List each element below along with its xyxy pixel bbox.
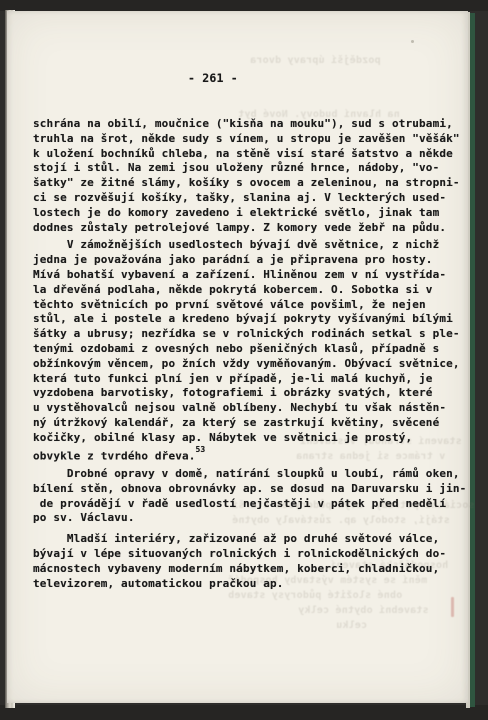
pink-ink-mark [451,597,454,617]
text-line: vyzdobena barvotisky, fotografiemi i obr… [33,386,462,401]
text-line: lostech je do komory zavedeno i elektric… [33,206,462,221]
text-line: V zámožnějších usedlostech bývají dvě sv… [33,238,462,253]
text-line: ci se rozvěšují košíky, tašky, slanina a… [33,191,462,206]
text-line: u vystěhovalců nejsou valně oblíbeny. Ne… [33,401,462,416]
photo-frame-bottom [0,705,488,720]
bleedthrough-line: obné složité půdorysy staveb [228,590,402,601]
text-line: stůl, ale i postele a kredeno bývají pok… [33,312,462,327]
photo-frame-top [0,0,488,11]
paper-speck [411,40,414,43]
text-line: obvykle z tvrdého dřeva.53 [33,446,462,464]
text-line: Mívá bohatší vybavení a zařízení. Hliněn… [33,268,462,283]
bleedthrough-line: celku [336,620,367,631]
text-line: po sv. Václavu. [33,511,462,526]
text-line: obžínkovým věncem, po žních vždy vyměňov… [33,357,462,372]
text-line: k uložení bochníků chleba, na stěně visí… [33,147,462,162]
text-line: mácnostech vybaveny moderním nábytkem, k… [33,562,462,577]
text-line: truhla na šrot, někde sudy s vínem, u st… [33,132,462,147]
text-line: de provádějí v řadě usedlostí nejčastěji… [33,497,462,512]
text-line: televizorem, automatickou pračkou ap. [33,577,462,592]
text-line: Mladší interiéry, zařizované až po druhé… [33,532,462,547]
text-line: těchto světnicích po první světové válce… [33,298,462,313]
paragraph: Mladší interiéry, zařizované až po druhé… [33,532,462,591]
paragraph: V zámožnějších usedlostech bývají dvě sv… [33,238,462,464]
text-line: tenými ozdobami z ovesných nebo pšeničný… [33,342,462,357]
text-block: schrána na obilí, moučnice ("kisňa na mo… [33,117,462,591]
text-line: Drobné opravy v domě, natírání sloupků u… [33,467,462,482]
bleedthrough-line: pozdější úpravy dvora [250,55,381,66]
text-line: jedna je považována jako parádní a je př… [33,253,462,268]
text-line: ný útržkový kalendář, za který se zastrk… [33,416,462,431]
text-line: kočičky, obilné klasy ap. Nábytek ve svě… [33,431,462,446]
book-cover-edge [470,13,475,707]
book-photo: pozdější úpravy dvorana hlavní budovy. N… [0,0,488,720]
text-line: la dřevěná podlaha, někde pokrytá koberc… [33,283,462,298]
page-number: - 261 - [188,71,238,85]
text-line: šátky a ubrusy; nezřídka se v rolnických… [33,327,462,342]
text-line: šatky" ze žitné slámy, košíky s ovocem a… [33,176,462,191]
footnote-reference: 53 [196,445,206,454]
paragraph: schrána na obilí, moučnice ("kisňa na mo… [33,117,462,235]
bleedthrough-line: stavební obytné celky [298,605,429,616]
text-line: bílení stěn, obnova obrovnávky ap. se do… [33,482,462,497]
text-line: která tuto funkci plní jen v případě, je… [33,372,462,387]
text-line: schrána na obilí, moučnice ("kisňa na mo… [33,117,462,132]
text-line: bývají v lépe situovaných rolnických i r… [33,547,462,562]
text-line: stojí i stůl. Na zemi jsou uloženy různé… [33,161,462,176]
book-page: pozdější úpravy dvorana hlavní budovy. N… [7,11,468,703]
text-line: dodnes zůstaly petrolejové lampy. Z komo… [33,221,462,236]
paragraph: Drobné opravy v domě, natírání sloupků u… [33,467,462,526]
